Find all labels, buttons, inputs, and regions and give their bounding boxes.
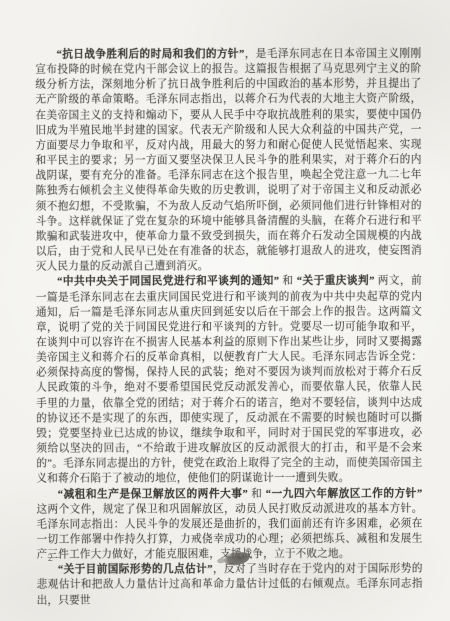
page-number: · 2 ·	[40, 553, 62, 564]
work-title-segment: “关于重庆谈判”	[297, 276, 375, 287]
text-segment: 这两个文件，规定了保卫和巩固解放区，动员人民打败反动派进攻的基本方针。毛泽东同志…	[36, 503, 422, 560]
text-segment: 和	[248, 488, 266, 499]
paragraph: “中共中央关于同国民党进行和平谈判的通知” 和 “关于重庆谈判” 两文，前一篇是…	[36, 274, 423, 487]
text-segment: ，是毛泽东同志在日本帝国主义刚刚宣布投降的时候在党内干部会议上的报告。这篇报告根…	[35, 48, 422, 272]
paragraph: “关于目前国际形势的几点估计”，反对了当时存在于党内的对于国际形势的悲观估计和把…	[37, 562, 423, 608]
document-text: “抗日战争胜利后的时局和我们的方针”，是毛泽东同志在日本帝国主义刚刚宣布投降的时…	[35, 46, 422, 608]
work-title-segment: “抗日战争胜利后的时局和我们的方针”	[56, 49, 244, 60]
paragraph: “抗日战争胜利后的时局和我们的方针”，是毛泽东同志在日本帝国主义刚刚宣布投降的时…	[35, 46, 422, 274]
scanned-page: “抗日战争胜利后的时局和我们的方针”，是毛泽东同志在日本帝国主义刚刚宣布投降的时…	[0, 0, 450, 621]
text-segment: 和	[279, 276, 296, 287]
work-title-segment: “关于目前国际形势的几点估计”	[58, 564, 213, 575]
work-title-segment: “减租和生产是保卫解放区的两件大事”	[58, 488, 248, 499]
paragraph: “减租和生产是保卫解放区的两件大事” 和 “一九四六年解放区工作的方针” 这两个…	[36, 486, 422, 563]
work-title-segment: “中共中央关于同国民党进行和平谈判的通知”	[57, 276, 279, 288]
work-title-segment: “一九四六年解放区工作的方针”	[266, 488, 423, 499]
text-segment: 两文，前一篇是毛泽东同志在去重庆同国民党进行和平谈判的前夜为中共中央起草的党内通…	[36, 276, 422, 485]
